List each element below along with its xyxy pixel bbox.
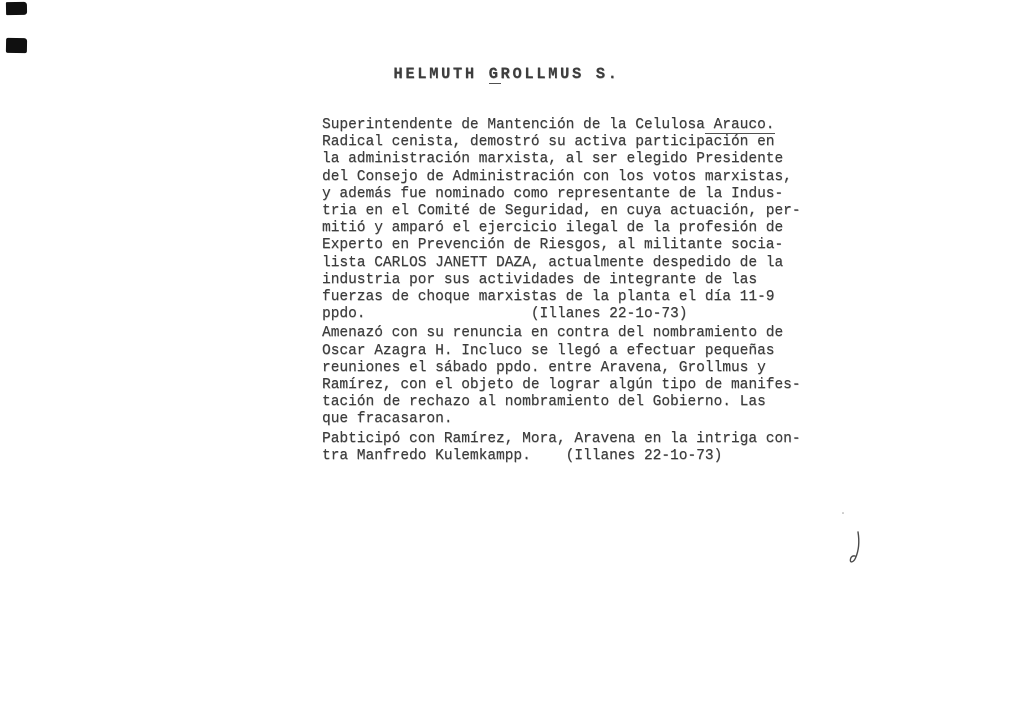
scan-artifact-mark-top — [6, 2, 27, 15]
underlined-word-arauco: Arauco. — [705, 117, 775, 134]
text-line: Radical cenista, demostró su activa part… — [322, 134, 801, 151]
text-line: Superintendente de Mantención de la Celu… — [322, 117, 801, 134]
text-line: la administración marxista, al ser elegi… — [322, 151, 801, 168]
title-underlined-letter: G — [489, 65, 501, 84]
paragraph-participo: Pabticipó con Ramírez, Mora, Aravena en … — [322, 431, 801, 465]
text-line: fuerzas de choque marxistas de la planta… — [322, 289, 801, 306]
scanned-document-page: HELMUTH GROLLMUS S. Superintendente de M… — [0, 0, 1012, 717]
text-line: Amenazó con su renuncia en contra del no… — [322, 325, 801, 342]
text-line: que fracasaron. — [322, 411, 801, 428]
text-line-with-citation: tra Manfredo Kulemkampp. (Illanes 22-1o-… — [322, 448, 801, 465]
text-line-with-citation: ppdo. (Illanes 22-1o-73) — [322, 306, 801, 323]
paragraph-amenazo: Amenazó con su renuncia en contra del no… — [322, 325, 801, 428]
text-line: Pabticipó con Ramírez, Mora, Aravena en … — [322, 431, 801, 448]
title-text-tail: ROLLMUS S. — [501, 65, 620, 83]
text-line: Experto en Prevención de Riesgos, al mil… — [322, 237, 801, 254]
document-title: HELMUTH GROLLMUS S. — [322, 44, 801, 104]
text-line: mitió y amparó el ejercicio ilegal de la… — [322, 220, 801, 237]
text-line: tria en el Comité de Seguridad, en cuya … — [322, 203, 801, 220]
handwritten-pen-tick — [830, 500, 880, 580]
text-line: reuniones el sábado ppdo. entre Aravena,… — [322, 360, 801, 377]
text-line: y además fue nominado como representante… — [322, 186, 801, 203]
text-line: lista CARLOS JANETT DAZA, actualmente de… — [322, 255, 801, 272]
text-line: industria por sus actividades de integra… — [322, 272, 801, 289]
text-line: del Consejo de Administración con los vo… — [322, 169, 801, 186]
typewritten-text-block: HELMUTH GROLLMUS S. Superintendente de M… — [322, 44, 801, 465]
line-text: Superintendente de Mantención de la Celu… — [322, 117, 705, 133]
text-line: Oscar Azagra H. Incluco se llegó a efect… — [322, 343, 801, 360]
text-line: tación de rechazo al nombramiento del Go… — [322, 394, 801, 411]
scan-artifact-mark-bottom — [6, 38, 27, 53]
paragraph-superintendente: Superintendente de Mantención de la Celu… — [322, 117, 801, 323]
title-text: HELMUTH — [393, 65, 488, 83]
text-line: Ramírez, con el objeto de lograr algún t… — [322, 377, 801, 394]
